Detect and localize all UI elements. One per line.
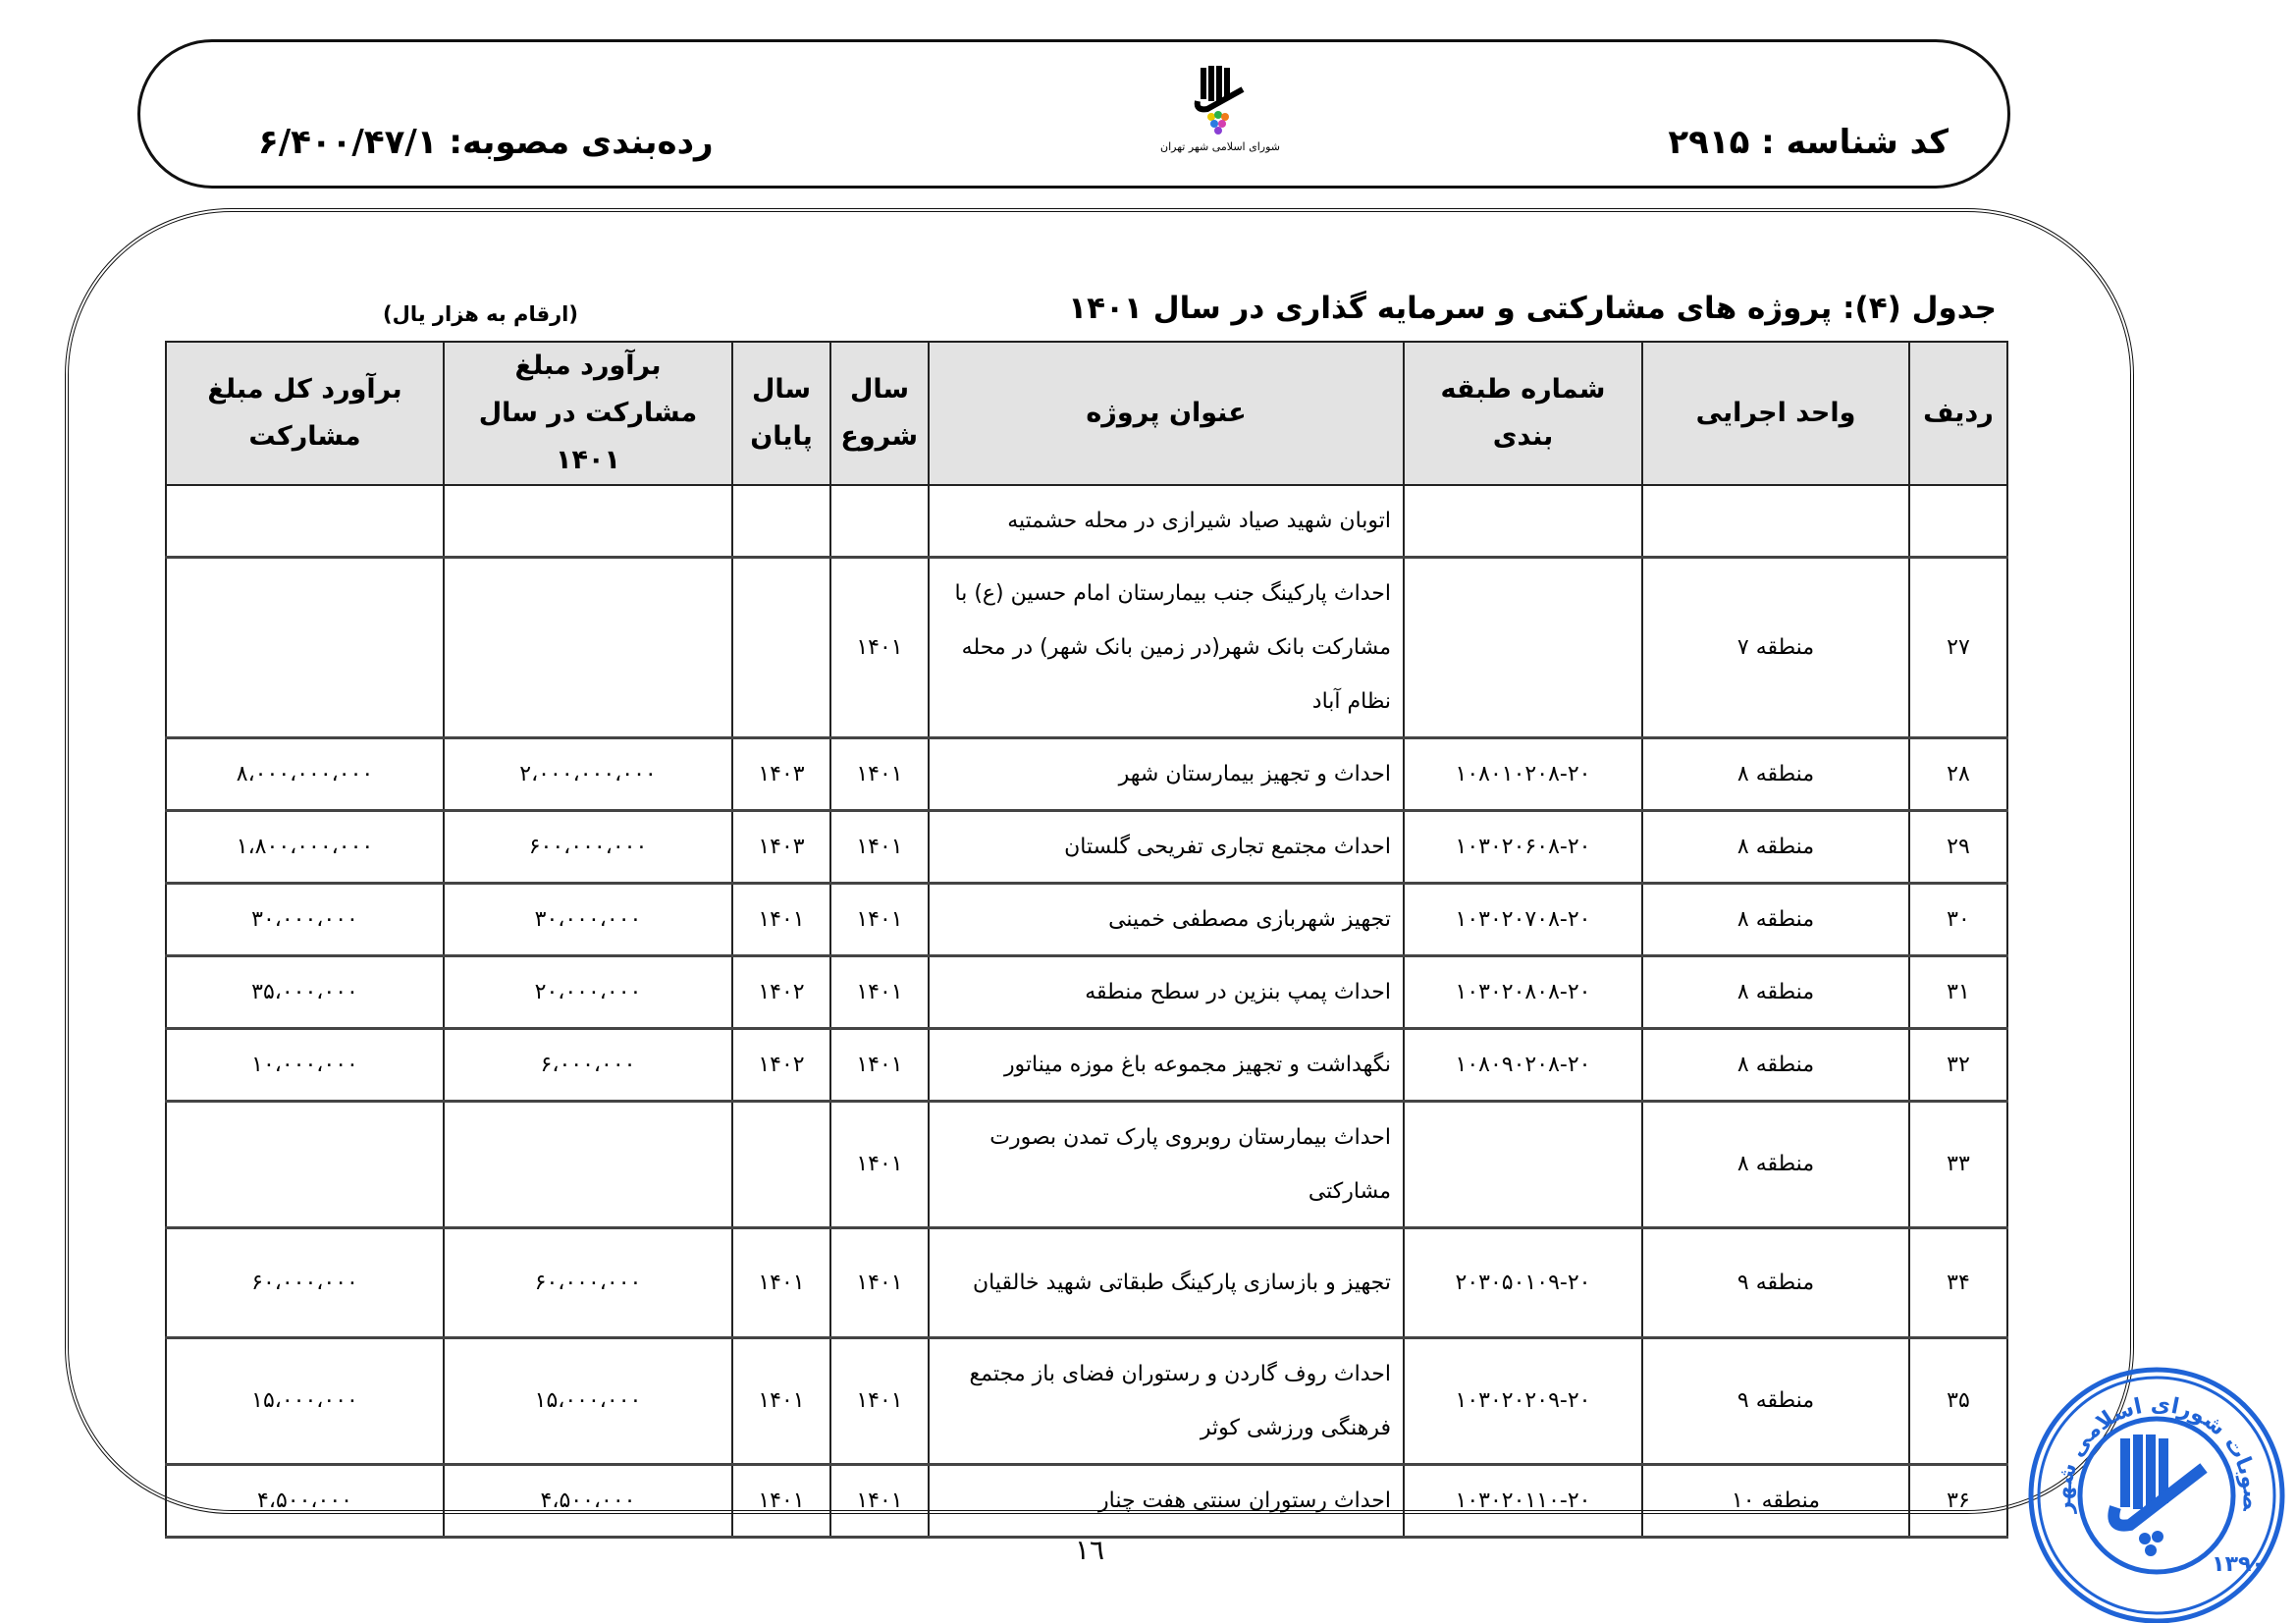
- column-header-total-participation: برآورد کل مبلغ مشارکت: [166, 342, 444, 485]
- column-header-code: شماره طبقه بندی: [1404, 342, 1642, 485]
- cell-code: ۱۰۸۰۹۰۲۰۸-۲۰: [1404, 1029, 1642, 1102]
- cell-unit: منطقه ۸: [1642, 956, 1909, 1029]
- cell-total-participation: ۴،۵۰۰،۰۰۰: [166, 1465, 444, 1538]
- cell-unit: منطقه ۱۰: [1642, 1465, 1909, 1538]
- table-header-row: ردیف واحد اجرایی شماره طبقه بندی عنوان پ…: [166, 342, 2007, 485]
- cell-radif: ۳۴: [1909, 1228, 2007, 1338]
- cell-end-year: ۱۴۰۱: [732, 1338, 830, 1465]
- cell-code: [1404, 558, 1642, 738]
- table-row: اتوبان شهید صیاد شیرازی در محله حشمتیه: [166, 485, 2007, 558]
- cell-participation-1401: ۲،۰۰۰،۰۰۰،۰۰۰: [444, 738, 732, 811]
- cell-code: ۱۰۳۰۲۰۷۰۸-۲۰: [1404, 884, 1642, 956]
- column-header-title: عنوان پروژه: [929, 342, 1404, 485]
- column-header-participation-1401: برآورد مبلغ مشارکت در سال ۱۴۰۱: [444, 342, 732, 485]
- cell-unit: منطقه ۸: [1642, 811, 1909, 884]
- cell-start-year: ۱۴۰۱: [830, 1338, 929, 1465]
- cell-total-participation: ۱۰،۰۰۰،۰۰۰: [166, 1029, 444, 1102]
- cell-participation-1401: [444, 485, 732, 558]
- cell-total-participation: ۳۵،۰۰۰،۰۰۰: [166, 956, 444, 1029]
- cell-start-year: ۱۴۰۱: [830, 738, 929, 811]
- cell-unit: منطقه ۹: [1642, 1228, 1909, 1338]
- cell-start-year: [830, 485, 929, 558]
- cell-title: احداث بیمارستان روبروی پارک تمدن بصورت م…: [929, 1102, 1404, 1228]
- cell-total-participation: ۶۰،۰۰۰،۰۰۰: [166, 1228, 444, 1338]
- projects-table: ردیف واحد اجرایی شماره طبقه بندی عنوان پ…: [165, 341, 2008, 1539]
- cell-title: نگهداشت و تجهیز مجموعه باغ موزه میناتور: [929, 1029, 1404, 1102]
- cell-start-year: ۱۴۰۱: [830, 884, 929, 956]
- cell-participation-1401: ۶،۰۰۰،۰۰۰: [444, 1029, 732, 1102]
- cell-code: ۲۰۳۰۵۰۱۰۹-۲۰: [1404, 1228, 1642, 1338]
- cell-title: احداث روف گاردن و رستوران فضای باز مجتمع…: [929, 1338, 1404, 1465]
- cell-code: ۱۰۳۰۲۰۸۰۸-۲۰: [1404, 956, 1642, 1029]
- document-code: کد شناسه : ۲۹۱۵: [1668, 123, 1949, 162]
- cell-start-year: ۱۴۰۱: [830, 1465, 929, 1538]
- cell-title: احداث پارکینگ جنب بیمارستان امام حسین (ع…: [929, 558, 1404, 738]
- document-header: کد شناسه : ۲۹۱۵ شورای اسلامی شهر تهران ر…: [137, 39, 2010, 189]
- cell-radif: ۲۸: [1909, 738, 2007, 811]
- column-header-end-year: سال پایان: [732, 342, 830, 485]
- cell-radif: ۳۰: [1909, 884, 2007, 956]
- cell-code: [1404, 1102, 1642, 1228]
- table-row: ۳۳ منطقه ۸ احداث بیمارستان روبروی پارک ت…: [166, 1102, 2007, 1228]
- cell-end-year: [732, 1102, 830, 1228]
- cell-participation-1401: ۲۰،۰۰۰،۰۰۰: [444, 956, 732, 1029]
- cell-radif: ۲۷: [1909, 558, 2007, 738]
- table-row: ۳۲ منطقه ۸ ۱۰۸۰۹۰۲۰۸-۲۰ نگهداشت و تجهیز …: [166, 1029, 2007, 1102]
- unit-note: (ارقام به هزار یال): [383, 302, 578, 326]
- cell-radif: ۳۵: [1909, 1338, 2007, 1465]
- tehran-city-council-logo-icon: [1186, 60, 1255, 138]
- cell-end-year: ۱۴۰۳: [732, 738, 830, 811]
- stamp-year: ۱۳۹۰: [2212, 1552, 2265, 1577]
- table-row: ۳۵ منطقه ۹ ۱۰۳۰۲۰۲۰۹-۲۰ احداث روف گاردن …: [166, 1338, 2007, 1465]
- cell-unit: منطقه ۸: [1642, 1102, 1909, 1228]
- table-row: ۳۶ منطقه ۱۰ ۱۰۳۰۲۰۱۱۰-۲۰ احداث رستوران س…: [166, 1465, 2007, 1538]
- council-logo: شورای اسلامی شهر تهران: [1166, 60, 1274, 168]
- logo-caption: شورای اسلامی شهر تهران: [1160, 140, 1280, 153]
- column-header-radif: ردیف: [1909, 342, 2007, 485]
- cell-radif: ۳۳: [1909, 1102, 2007, 1228]
- cell-title: احداث مجتمع تجاری تفریحی گلستان: [929, 811, 1404, 884]
- cell-code: ۱۰۳۰۲۰۶۰۸-۲۰: [1404, 811, 1642, 884]
- classification-label: رده‌بندی مصوبه: ۶/۴۰۰/۴۷/۱: [258, 123, 714, 162]
- cell-unit: منطقه ۸: [1642, 884, 1909, 956]
- cell-radif: ۳۱: [1909, 956, 2007, 1029]
- cell-total-participation: [166, 558, 444, 738]
- cell-end-year: ۱۴۰۲: [732, 956, 830, 1029]
- cell-end-year: ۱۴۰۳: [732, 811, 830, 884]
- column-header-start-year: سال شروع: [830, 342, 929, 485]
- cell-unit: منطقه ۸: [1642, 1029, 1909, 1102]
- cell-unit: منطقه ۷: [1642, 558, 1909, 738]
- table-row: ۲۹ منطقه ۸ ۱۰۳۰۲۰۶۰۸-۲۰ احداث مجتمع تجار…: [166, 811, 2007, 884]
- cell-total-participation: ۳۰،۰۰۰،۰۰۰: [166, 884, 444, 956]
- cell-unit: منطقه ۹: [1642, 1338, 1909, 1465]
- cell-total-participation: [166, 485, 444, 558]
- cell-title: احداث و تجهیز بیمارستان شهر: [929, 738, 1404, 811]
- cell-start-year: ۱۴۰۱: [830, 956, 929, 1029]
- table-row: ۲۸ منطقه ۸ ۱۰۸۰۱۰۲۰۸-۲۰ احداث و تجهیز بی…: [166, 738, 2007, 811]
- cell-title: احداث رستوران سنتی هفت چنار: [929, 1465, 1404, 1538]
- cell-participation-1401: ۱۵،۰۰۰،۰۰۰: [444, 1338, 732, 1465]
- cell-total-participation: ۱۵،۰۰۰،۰۰۰: [166, 1338, 444, 1465]
- cell-start-year: ۱۴۰۱: [830, 1102, 929, 1228]
- cell-start-year: ۱۴۰۱: [830, 811, 929, 884]
- cell-participation-1401: [444, 558, 732, 738]
- cell-code: [1404, 485, 1642, 558]
- table-row: ۳۴ منطقه ۹ ۲۰۳۰۵۰۱۰۹-۲۰ تجهیز و بازسازی …: [166, 1228, 2007, 1338]
- cell-total-participation: [166, 1102, 444, 1228]
- cell-total-participation: ۱،۸۰۰،۰۰۰،۰۰۰: [166, 811, 444, 884]
- cell-title: اتوبان شهید صیاد شیرازی در محله حشمتیه: [929, 485, 1404, 558]
- cell-title: تجهیز و بازسازی پارکینگ طبقاتی شهید خالق…: [929, 1228, 1404, 1338]
- cell-end-year: ۱۴۰۲: [732, 1029, 830, 1102]
- cell-end-year: ۱۴۰۱: [732, 884, 830, 956]
- column-header-unit: واحد اجرایی: [1642, 342, 1909, 485]
- cell-unit: [1642, 485, 1909, 558]
- table-row: ۳۱ منطقه ۸ ۱۰۳۰۲۰۸۰۸-۲۰ احداث پمپ بنزین …: [166, 956, 2007, 1029]
- cell-end-year: ۱۴۰۱: [732, 1228, 830, 1338]
- cell-total-participation: ۸،۰۰۰،۰۰۰،۰۰۰: [166, 738, 444, 811]
- cell-end-year: [732, 558, 830, 738]
- cell-code: ۱۰۸۰۱۰۲۰۸-۲۰: [1404, 738, 1642, 811]
- cell-radif: ۳۶: [1909, 1465, 2007, 1538]
- cell-end-year: ۱۴۰۱: [732, 1465, 830, 1538]
- cell-participation-1401: ۶۰،۰۰۰،۰۰۰: [444, 1228, 732, 1338]
- page-number: ١٦: [1075, 1534, 1104, 1566]
- cell-participation-1401: ۴،۵۰۰،۰۰۰: [444, 1465, 732, 1538]
- cell-radif: [1909, 485, 2007, 558]
- cell-unit: منطقه ۸: [1642, 738, 1909, 811]
- cell-end-year: [732, 485, 830, 558]
- cell-code: ۱۰۳۰۲۰۲۰۹-۲۰: [1404, 1338, 1642, 1465]
- cell-start-year: ۱۴۰۱: [830, 558, 929, 738]
- cell-participation-1401: ۳۰،۰۰۰،۰۰۰: [444, 884, 732, 956]
- cell-radif: ۳۲: [1909, 1029, 2007, 1102]
- cell-radif: ۲۹: [1909, 811, 2007, 884]
- cell-code: ۱۰۳۰۲۰۱۱۰-۲۰: [1404, 1465, 1642, 1538]
- cell-participation-1401: ۶۰۰،۰۰۰،۰۰۰: [444, 811, 732, 884]
- table-title: جدول (۴): پروژه های مشارکتی و سرمایه گذا…: [1068, 291, 1997, 326]
- table-row: ۳۰ منطقه ۸ ۱۰۳۰۲۰۷۰۸-۲۰ تجهیز شهربازی مص…: [166, 884, 2007, 956]
- table-row: ۲۷ منطقه ۷ احداث پارکینگ جنب بیمارستان ا…: [166, 558, 2007, 738]
- cell-participation-1401: [444, 1102, 732, 1228]
- cell-start-year: ۱۴۰۱: [830, 1029, 929, 1102]
- cell-title: تجهیز شهربازی مصطفی خمینی: [929, 884, 1404, 956]
- cell-start-year: ۱۴۰۱: [830, 1228, 929, 1338]
- official-seal-icon: اداره مصوبات شورای اسلامی شهر تهران ۱۳۹۰: [2022, 1360, 2292, 1623]
- cell-title: احداث پمپ بنزین در سطح منطقه: [929, 956, 1404, 1029]
